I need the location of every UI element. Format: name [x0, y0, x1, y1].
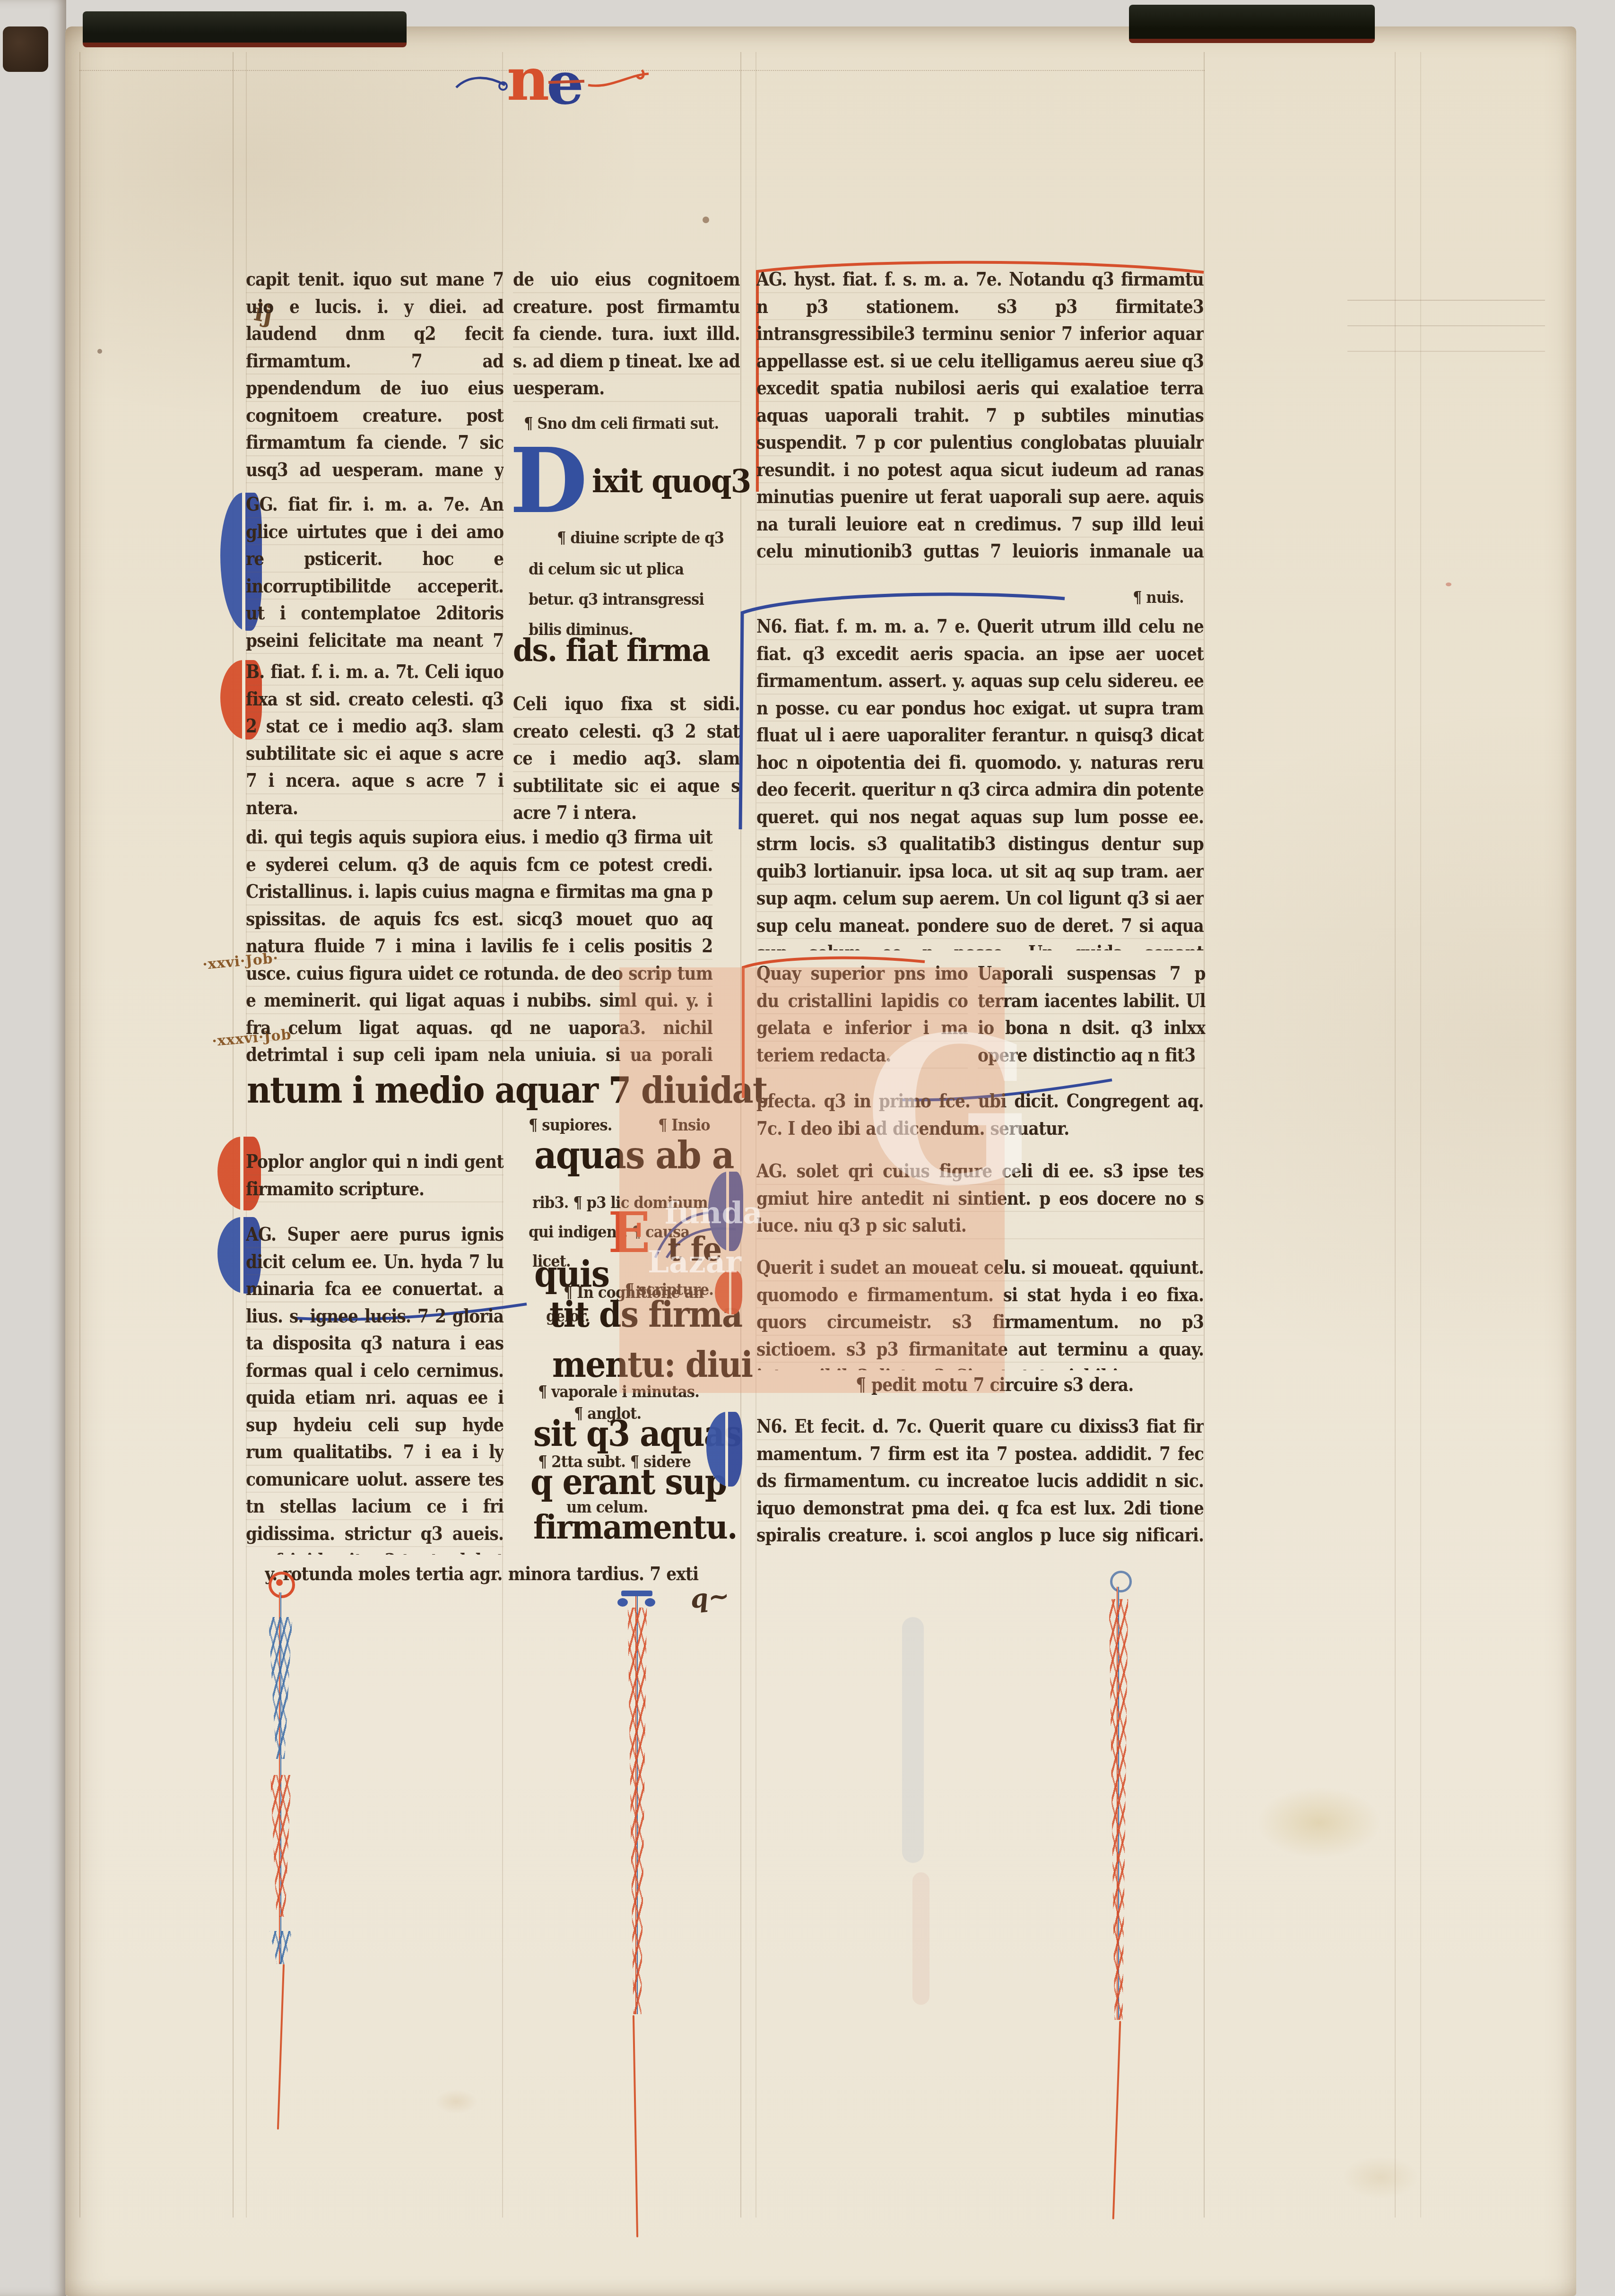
right-column-paragraph-2: N6. fiat. f. m. m. a. 7 e. Querit utrum …: [756, 613, 1204, 950]
quire-mark-letter-n: n: [507, 45, 549, 114]
ruling-line: [1420, 52, 1421, 2218]
descender-top-dot: [645, 1598, 655, 1607]
middle-column-top: de uio eius cognitoem creature. post fir…: [513, 266, 740, 403]
descender-finial-dot: [276, 1579, 283, 1586]
descender-feather-blue: [259, 1617, 302, 1759]
binding-leather-left: [83, 11, 407, 47]
left-column-paragraph-intro: capit tenit. iquo sut mane 7 uio e lucis…: [246, 266, 504, 484]
foxing-spot: [435, 2090, 478, 2113]
digitization-watermark-panel: [619, 967, 1005, 1393]
wide-tail-line: y. rotunda moles tertia agr. minora tard…: [265, 1560, 712, 1589]
gloss-di-celum: di celum sic ut plica: [529, 556, 684, 583]
stain-small: [1343, 2156, 1418, 2199]
descender-top-bar: [621, 1591, 652, 1596]
binding-leather-right: [1129, 5, 1375, 43]
bleed-smudge-blue: [902, 1617, 924, 1863]
margin-hairline: [1347, 325, 1545, 326]
ink-speck: [97, 349, 102, 354]
descender-lattice: [617, 1608, 657, 2014]
bleed-smudge-pink: [912, 1872, 929, 2005]
penwork-flourish-header-right: [586, 61, 652, 98]
descender-lattice: [1099, 1599, 1138, 2020]
binding-corner-nub: [3, 26, 48, 72]
descender-feather-red: [259, 1775, 303, 1917]
right-column-paragraph-6: N6. Et fecit. d. 7c. Querit quare cu dix…: [756, 1413, 1204, 1548]
descender-finial-circle: [1110, 1571, 1132, 1592]
left-column-paragraph-ag-super: AG. Super aere purus ignis dicit celum e…: [246, 1221, 504, 1555]
book-fore-edge: [0, 0, 66, 2296]
lemma-dixit-quoque: ixit quoq3: [592, 462, 750, 500]
right-gloss-subcolumn-right: Uaporali suspensas 7 p terram iacentes l…: [978, 960, 1206, 1084]
initial-D-dixit: D: [510, 436, 588, 526]
gloss-betur: betur. q3 intransgressi: [529, 586, 704, 613]
penwork-descender-middle: [615, 1591, 660, 2014]
margin-hairline: [1347, 300, 1545, 301]
catchword: q~: [689, 1580, 731, 1614]
left-column-paragraph-b: B. fiat. f. i. m. a. 7t. Celi iquo fixa …: [246, 658, 504, 821]
lemma-firmamentu: firmamentu.: [533, 1507, 737, 1547]
descender-feather-blue-2: [261, 1931, 301, 1964]
right-column-paragraph-1: AG. hyst. fiat. f. s. m. a. 7e. Notandu …: [756, 266, 1204, 565]
ruling-line: [233, 52, 234, 2218]
ruling-line: [1395, 52, 1396, 2218]
manuscript-photo: n e ij ·xxvi·Job· ·xxxvi·Job capit tenit…: [0, 0, 1615, 2296]
ruling-line: [79, 52, 80, 2218]
penwork-flourish-header-left: [454, 66, 511, 99]
stain-yellow: [1258, 1787, 1381, 1858]
left-column-paragraph-g: GG. fiat fir. i. m. a. 7e. An glice uirt…: [246, 491, 504, 656]
ink-speck: [703, 217, 709, 223]
descender-finial-circle: [269, 1572, 295, 1598]
lemma-ds-fiat-firma: ds. fiat firma: [513, 632, 710, 669]
red-speck: [1446, 583, 1451, 586]
gloss-divine-scripte: ¶ diuine scripte de q3: [557, 525, 724, 551]
penwork-descender-left: [255, 1572, 307, 1964]
left-column-paragraph-poplor: Poplor anglor qui n indi gent firmamito …: [246, 1148, 504, 1207]
margin-hairline: [1347, 351, 1545, 352]
right-paragraph-1-end: ¶ nuis.: [1133, 584, 1184, 611]
middle-gloss-block: Celi iquo fixa st sidi. creato celesti. …: [513, 690, 740, 824]
penwork-descender-right: [1096, 1571, 1141, 2020]
descender-top-dot: [617, 1598, 628, 1607]
